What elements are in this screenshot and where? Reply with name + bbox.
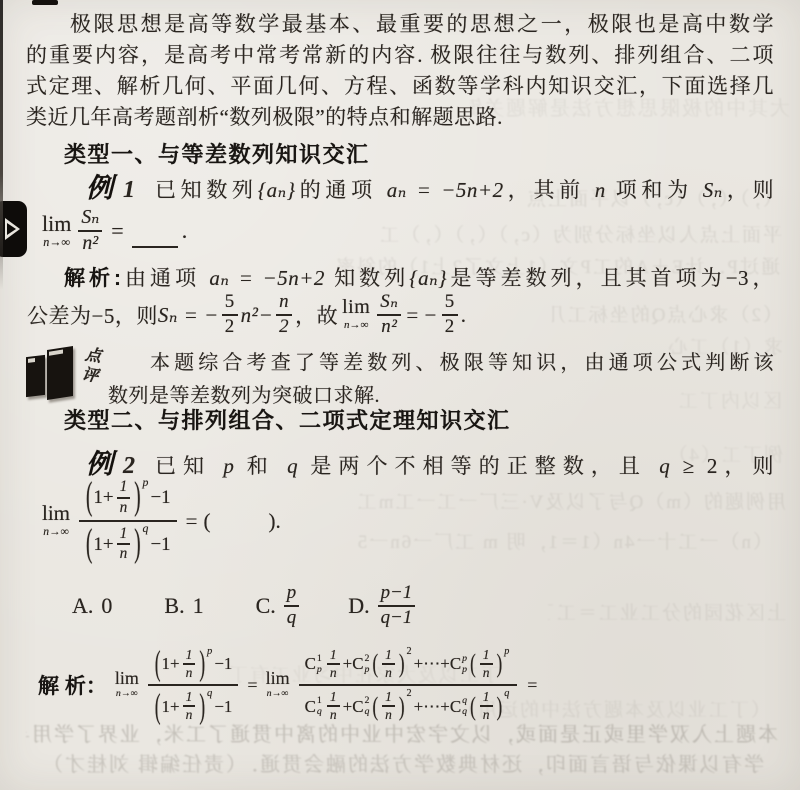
math-formula: Sₙ = − (158, 303, 219, 328)
limit-operator: lim n→∞ (115, 669, 139, 701)
C-sup: 2 (365, 695, 370, 706)
intro-line: 极限思想是高等数学最基本、最重要的思想之一，极限也是高中数学 (26, 9, 774, 40)
numerator: 1 (183, 689, 196, 705)
solution-1-line2: 公差为−5，则 Sₙ = − 52 n²− n2 ，故 lim n→∞ Sₙn²… (27, 288, 467, 342)
example-1-problem: 已知数列{aₙ}的通项 aₙ = −5n+2，其前 n 项和为 Sₙ，则 (155, 174, 774, 204)
C-sup: 2 (365, 653, 370, 664)
denominator: n (382, 665, 395, 681)
option-value: 0 (101, 593, 112, 619)
problem-text: 已知数列 (155, 178, 258, 202)
exponent-p: p (143, 477, 149, 489)
denominator: n (327, 707, 340, 723)
fraction-1-n: 1n (327, 689, 340, 723)
binomial-C: C (305, 698, 316, 715)
fraction-1-n: 1n (117, 525, 131, 564)
numerator: p (284, 582, 299, 605)
option-B: B. 1 (164, 593, 203, 619)
example-1-number: 1 (123, 177, 135, 204)
book-icon (26, 355, 45, 397)
denominator: n (183, 665, 196, 681)
intro-line: 的重要内容，是高考中常考常新的内容. 极限往往与数列、排列组合、二项 (26, 40, 774, 71)
denominator: n (117, 499, 131, 517)
fraction-Sn-n2: Sₙn² (377, 291, 401, 338)
answer-paren-close: ) (269, 509, 276, 534)
limit-operator: lim n→∞ (266, 669, 290, 701)
big-fraction-rhs: C1p 1n + C2p ( 1n )2 +⋯+ Cpp ( 1n )p C1q… (299, 644, 518, 727)
equals-sign: = (186, 509, 198, 534)
big-fraction: ( 1+ 1n ) p −1 ( 1+ 1n ) (79, 475, 177, 566)
right-paren: ) (198, 688, 206, 723)
triangle-icon (5, 218, 20, 240)
exponent-p: p (504, 647, 509, 657)
bleedthrough-text: （2）求心点Q的坐标工几 (552, 300, 782, 327)
books-icon: 点评 (16, 342, 116, 404)
plus-sign: + (343, 655, 353, 672)
denominator: n (327, 665, 340, 681)
option-key: B. (164, 593, 184, 619)
numerator: Sₙ (78, 206, 102, 230)
denominator: n (117, 545, 131, 563)
example-1-row: 例 1 已知数列{aₙ}的通项 aₙ = −5n+2，其前 n 项和为 Sₙ，则 (86, 166, 774, 205)
lim-subscript: n→∞ (267, 688, 289, 701)
denominator: n (382, 707, 395, 723)
lim-subscript: n→∞ (116, 688, 138, 701)
answer-blank (132, 226, 178, 248)
numerator: 1 (382, 647, 395, 663)
one-plus: 1+ (162, 698, 180, 715)
fraction-1-n: 1n (480, 647, 493, 681)
fraction-1-n: 1n (382, 647, 395, 681)
solution-text: ，故 (295, 300, 338, 330)
C-sub: p (365, 664, 370, 675)
fraction-1-n: 1n (480, 689, 493, 723)
cdots: +⋯+ (414, 655, 450, 672)
binomial-C: C (450, 698, 461, 715)
book-icon (47, 346, 73, 400)
left-paren: ( (469, 650, 477, 676)
option-value: 1 (193, 593, 204, 619)
right-paren: ) (496, 693, 504, 719)
equals-minus: = − (406, 303, 436, 328)
exponent-q: q (504, 689, 509, 699)
numerator: 1 (327, 689, 340, 705)
fraction-5-2: 52 (442, 291, 458, 338)
binomial-C: C (305, 655, 316, 672)
minus-one: −1 (214, 698, 232, 715)
math-formula: aₙ = −5n+2 (387, 178, 504, 202)
equals-sign: = (527, 675, 537, 696)
example-1-label: 例 (86, 166, 115, 205)
period: . (276, 509, 281, 534)
comment-caption: 点评 (75, 344, 104, 387)
numerator: 1 (117, 525, 131, 543)
bleedthrough-text: 上区花园的分工业工＝工了（4） (548, 598, 786, 625)
lim-word: lim (42, 212, 71, 235)
numerator: 1 (183, 647, 196, 663)
solution-2: 解 析： lim n→∞ ( 1+ 1n ) p −1 ( (38, 634, 537, 736)
bleedthrough-text: （n）一工十一4n（1＝1，明 m 工厂一6n一5 (300, 527, 772, 554)
big-fraction-lhs: ( 1+ 1n ) p −1 ( 1+ 1n ) (148, 644, 239, 727)
denominator-expansion: C1q 1n + C2q ( 1n )2 +⋯+ Cqq ( 1n )q (299, 686, 518, 726)
section-heading-type2: 类型二、与排列组合、二项式定理知识交汇 (64, 404, 511, 435)
right-paren: ) (398, 693, 406, 719)
numerator: 1 (382, 689, 395, 705)
numerator-expansion: C1p 1n + C2p ( 1n )2 +⋯+ Cpp ( 1n )p (299, 644, 518, 684)
option-key: D. (348, 593, 369, 619)
left-paren: ( (85, 524, 93, 563)
C-sub: q (365, 706, 370, 717)
math-var: q (659, 454, 670, 478)
intro-line: 类近几年高考题剖析“数列极限”的特点和解题思路. (26, 102, 774, 133)
exponent-q: q (207, 689, 212, 700)
math-sequence: {aₙ} (409, 266, 447, 290)
lim-word: lim (266, 669, 290, 688)
right-paren: ) (133, 478, 141, 517)
lim-word: lim (115, 669, 139, 688)
denominator: n² (79, 232, 101, 256)
math-sequence: {aₙ} (258, 178, 296, 202)
answer-paren-open: ( (204, 509, 211, 534)
denominator: n² (378, 316, 400, 339)
bleedthrough-text: 学有以课依与语言面印，还材典数学方法的融会贯通．（责任编辑 刘桂才） (52, 748, 764, 777)
denominator: 2 (222, 316, 238, 339)
limit-operator: lim n→∞ (42, 502, 70, 539)
solution-text: 知数列 (325, 266, 409, 290)
left-paren: ( (371, 650, 379, 676)
fraction-1-n: 1n (327, 647, 340, 681)
lim-word: lim (342, 297, 370, 318)
minus-one: −1 (150, 488, 170, 507)
period: . (461, 303, 467, 328)
numerator: 5 (222, 291, 238, 314)
limit-expression-1: lim n→∞ Sₙ n² = . (38, 205, 187, 257)
math-var: q (287, 454, 298, 478)
bleedthrough-text: 平面上点人以坐标分别为（c，）（，）（，）工 (300, 220, 782, 247)
fraction-1-n: 1n (183, 689, 196, 723)
left-paren: ( (85, 478, 93, 517)
C-sub: p (462, 664, 467, 675)
problem-text: 项和为 (616, 178, 693, 202)
right-paren: ) (496, 650, 504, 676)
denominator: q−1 (378, 607, 416, 630)
bookmark-arrow-icon (0, 201, 27, 257)
numerator: 1 (117, 478, 131, 496)
denominator: q (284, 607, 299, 630)
math-formula: n²− (241, 303, 273, 328)
denominator-group: ( 1+ 1n ) q −1 (79, 522, 177, 567)
denominator: 2 (442, 316, 458, 339)
scan-top-mark (32, 0, 58, 5)
binomial-C: C (352, 655, 363, 672)
numerator: Sₙ (377, 291, 401, 314)
fraction-Sn-n2: Sₙ n² (78, 206, 102, 256)
exponent-2: 2 (407, 689, 412, 699)
numerator-group: ( 1+ 1n ) p −1 (79, 475, 177, 520)
right-paren: ) (398, 650, 406, 676)
limit-expression-2: lim n→∞ ( 1+ 1n ) p −1 ( 1+ (38, 474, 281, 568)
minus-one: −1 (214, 655, 232, 672)
solution-label: 解析: (64, 267, 122, 290)
left-paren: ( (371, 693, 379, 719)
problem-text: ，则 (723, 178, 774, 202)
one-plus: 1+ (93, 488, 113, 507)
solution-label: 解 析： (38, 670, 107, 700)
C-sup: q (462, 695, 467, 706)
option-D: D. p−1q−1 (348, 582, 418, 629)
denominator: n (183, 707, 196, 723)
section-heading-type1: 类型一、与等差数列知识交汇 (64, 138, 370, 169)
denominator: n (480, 665, 493, 681)
fraction-n-2: n2 (276, 291, 292, 338)
lim-subscript: n→∞ (344, 318, 368, 332)
numerator: 1 (327, 647, 340, 663)
bleedthrough-text: 用例题的（m）Q与了以及V·三厂一工一工m工 (298, 487, 786, 514)
intro-paragraph: 极限思想是高等数学最基本、最重要的思想之一，极限也是高中数学 的重要内容，是高考… (26, 9, 774, 133)
lim-subscript: n→∞ (43, 235, 70, 251)
fraction-1-n: 1n (117, 478, 131, 517)
exponent-q: q (143, 523, 149, 535)
left-paren: ( (154, 646, 162, 681)
problem-text: 的通项 (296, 178, 377, 202)
numerator: 5 (442, 291, 458, 314)
fraction-1-n: 1n (382, 689, 395, 723)
equals-sign: = (111, 218, 123, 244)
fraction-p-q: pq (284, 582, 299, 629)
numerator-group: ( 1+ 1n ) p −1 (148, 644, 239, 684)
numerator: p−1 (378, 582, 416, 605)
plus-sign: + (343, 698, 353, 715)
lim-word: lim (42, 502, 70, 524)
math-var: Sₙ (703, 178, 723, 202)
fraction-5-2: 52 (222, 291, 238, 338)
problem-text: ，其前 (504, 178, 585, 202)
denominator: 2 (276, 316, 292, 339)
minus-one: −1 (150, 535, 170, 554)
denominator: n (480, 707, 493, 723)
binomial-C: C (450, 655, 461, 672)
numerator: 1 (480, 689, 493, 705)
note-line: 本题综合考查了等差数列、极限等知识，由通项公式判断该 (108, 347, 774, 380)
solution-text: 由通项 (122, 266, 210, 290)
options-row: A. 0 B. 1 C. pq D. p−1q−1 (72, 578, 418, 634)
binding-edge-shadow (0, 0, 3, 290)
denominator-group: ( 1+ 1n ) q −1 (148, 686, 239, 726)
left-paren: ( (469, 693, 477, 719)
option-key: A. (72, 593, 93, 619)
right-paren: ) (198, 646, 206, 681)
exponent-p: p (207, 647, 212, 658)
equals-sign: = (247, 675, 257, 696)
numerator: 1 (480, 647, 493, 663)
problem-text: ≥ 2，则 (670, 454, 774, 478)
limit-operator: lim n→∞ (342, 297, 370, 332)
C-sub: p (317, 664, 322, 675)
C-sup: 1 (317, 653, 322, 664)
problem-text: 是两个不相等的正整数，且 (298, 454, 659, 478)
left-paren: ( (154, 688, 162, 723)
fraction-p1-q1: p−1q−1 (378, 582, 416, 629)
option-C: C. pq (256, 582, 303, 629)
fraction-1-n: 1n (183, 647, 196, 681)
exponent-2: 2 (407, 647, 412, 657)
C-sub: q (462, 706, 467, 717)
period: . (182, 218, 188, 244)
solution-text: 公差为−5，则 (27, 300, 158, 330)
math-var: n (595, 178, 606, 202)
one-plus: 1+ (93, 535, 113, 554)
option-A: A. 0 (72, 593, 112, 619)
numerator: n (276, 291, 292, 314)
C-sup: 1 (317, 695, 322, 706)
C-sub: q (317, 706, 322, 717)
math-formula: aₙ = −5n+2 (209, 266, 325, 290)
scanned-textbook-page: 大其中的极限思想方法是解题关键 （，）（，）（c，）以平面上点 平面上点人以坐标… (0, 0, 800, 790)
lim-subscript: n→∞ (43, 525, 69, 540)
right-paren: ) (133, 524, 141, 563)
one-plus: 1+ (162, 655, 180, 672)
intro-line: 式定理、解析几何、平面几何、方程、函数等学科内知识交汇，下面选择几 (26, 71, 774, 102)
math-value: −3， (726, 266, 774, 290)
cdots: +⋯+ (414, 698, 450, 715)
solution-text: 是等差数列，且其首项为 (447, 266, 726, 290)
binomial-C: C (352, 698, 363, 715)
limit-operator: lim n→∞ (42, 212, 71, 251)
C-sup: p (462, 653, 467, 664)
option-key: C. (256, 593, 276, 619)
